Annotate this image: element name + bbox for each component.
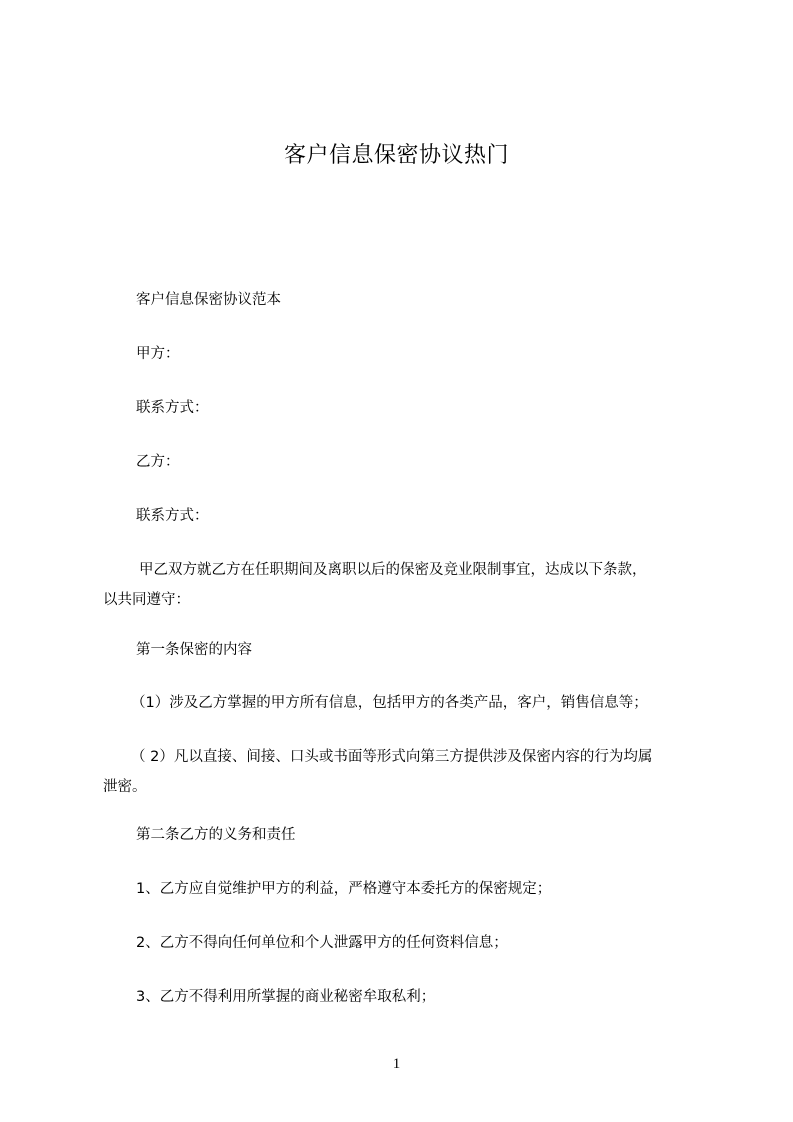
subtitle-text: 客户信息保密协议范本 — [136, 292, 281, 308]
preamble-line-1: 甲乙双方就乙方在任职期间及离职以后的保密及竞业限制事宜，达成以下条款， — [103, 555, 713, 585]
subtitle: 客户信息保密协议范本 — [103, 287, 746, 313]
party-b-text: 乙方： — [136, 454, 180, 470]
document-page: 客户信息保密协议热门 客户信息保密协议范本 甲方： 联系方式： 乙方： 联系方式… — [0, 0, 793, 1122]
article-2-item-1: 1、乙方应自觉维护甲方的利益，严格遵守本委托方的保密规定； — [103, 876, 746, 902]
party-b-contact-text: 联系方式： — [136, 508, 209, 524]
preamble-line-2: 以共同遵守： — [103, 585, 713, 615]
party-a-text: 甲方： — [136, 346, 180, 362]
article-1-heading-text: 第一条保密的内容 — [136, 642, 252, 658]
article-2-item-3: 3、乙方不得利用所掌握的商业秘密牟取私利； — [103, 984, 746, 1010]
article-2-item-1-text: 1、乙方应自觉维护甲方的利益，严格遵守本委托方的保密规定； — [136, 881, 551, 897]
article-1-item-2-line-2: 泄密。 — [103, 772, 713, 802]
party-b-label: 乙方： — [103, 449, 746, 475]
preamble-paragraph: 甲乙双方就乙方在任职期间及离职以后的保密及竞业限制事宜，达成以下条款， 以共同遵… — [103, 555, 713, 615]
article-2-item-3-text: 3、乙方不得利用所掌握的商业秘密牟取私利； — [136, 989, 435, 1005]
party-a-contact-label: 联系方式： — [103, 395, 746, 421]
party-a-label: 甲方： — [103, 341, 746, 367]
page-number: 1 — [0, 1054, 793, 1074]
article-1-item-1: （1）涉及乙方掌握的甲方所有信息，包括甲方的各类产品，客户，销售信息等； — [103, 690, 741, 716]
article-1-heading: 第一条保密的内容 — [103, 637, 746, 663]
article-2-heading-text: 第二条乙方的义务和责任 — [136, 827, 296, 843]
article-2-item-2: 2、乙方不得向任何单位和个人泄露甲方的任何资料信息； — [103, 930, 746, 956]
article-1-item-1-text: （1）涉及乙方掌握的甲方所有信息，包括甲方的各类产品，客户，销售信息等； — [131, 695, 648, 711]
article-1-item-2-line-1: （ 2）凡以直接、间接、口头或书面等形式向第三方提供涉及保密内容的行为均属 — [103, 742, 713, 772]
article-2-item-2-text: 2、乙方不得向任何单位和个人泄露甲方的任何资料信息； — [136, 935, 508, 951]
party-b-contact-label: 联系方式： — [103, 503, 746, 529]
article-1-item-2: （ 2）凡以直接、间接、口头或书面等形式向第三方提供涉及保密内容的行为均属 泄密… — [103, 742, 713, 802]
party-a-contact-text: 联系方式： — [136, 400, 209, 416]
article-2-heading: 第二条乙方的义务和责任 — [103, 822, 746, 848]
document-title: 客户信息保密协议热门 — [0, 141, 793, 171]
